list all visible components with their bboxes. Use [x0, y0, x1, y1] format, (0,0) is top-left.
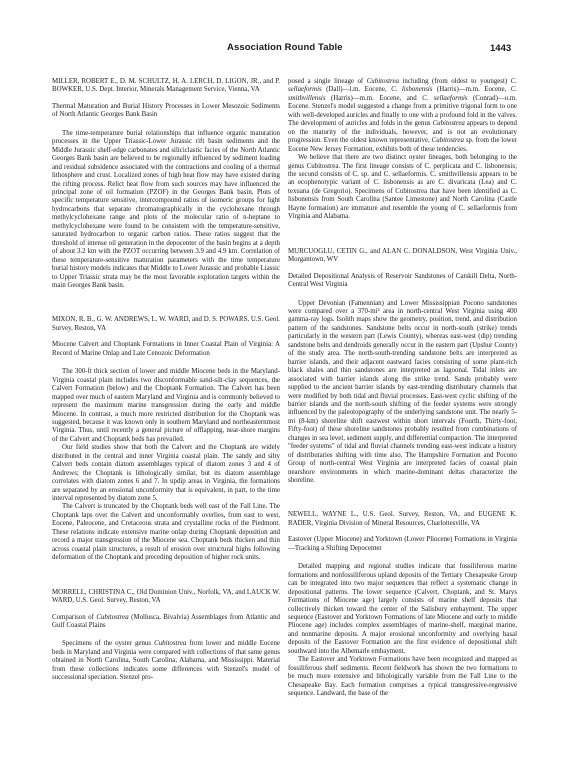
title-text: Comparison of — [52, 614, 96, 621]
abstract-murcuoglu: MURCUOGLU, CETIN G., and ALAN C. DONALDS… — [288, 248, 517, 486]
abstract-title: Eastover (Upper Miocene) and Yorktown (L… — [288, 536, 517, 553]
species-name: C. lisbonensis — [391, 86, 432, 93]
abstract-title: Detailed Depositional Analysis of Reserv… — [288, 273, 517, 290]
paragraph-text: (Dall)—l.m. Eocene, — [322, 86, 391, 93]
genus-name: Cubitostrea — [367, 78, 399, 85]
abstract-paragraph: Specimens of the oyster genus Cubitostre… — [52, 640, 280, 682]
abstract-authors: NEWELL, WAYNE L., U.S. Geol. Survey, Res… — [288, 511, 517, 528]
abstract-title: Thermal Maturation and Burial History Pr… — [52, 103, 280, 120]
abstract-authors: MORRELL, CHRISTINA C., Old Dominion Univ… — [52, 589, 280, 606]
running-title: Association Round Table — [227, 42, 343, 53]
abstract-paragraph: The 300-ft thick section of lower and mi… — [52, 368, 280, 444]
left-column: MILLER, ROBERT E., D. M. SCHULTZ, H. A. … — [52, 78, 280, 683]
abstract-miller: MILLER, ROBERT E., D. M. SCHULTZ, H. A. … — [52, 78, 280, 290]
abstract-authors: MIXON, R. B., G. W. ANDREWS, L. W. WARD,… — [52, 316, 280, 333]
page-header: Association Round Table 1443 — [0, 42, 576, 56]
abstract-paragraph-continued: posed a single lineage of Cubitostrea in… — [288, 78, 517, 154]
abstract-morrell: MORRELL, CHRISTINA C., Old Dominion Univ… — [52, 589, 280, 683]
abstract-authors: MILLER, ROBERT E., D. M. SCHULTZ, H. A. … — [52, 78, 280, 95]
abstract-paragraph: The Eastover and Yorktown Formations hav… — [288, 656, 517, 698]
abstract-paragraph: We believe that there are two distinct o… — [288, 154, 517, 222]
page-number: 1443 — [490, 43, 511, 54]
abstract-morrell-continued: posed a single lineage of Cubitostrea in… — [288, 78, 517, 222]
abstract-newell: NEWELL, WAYNE L., U.S. Geol. Survey, Res… — [288, 511, 517, 698]
abstract-title: Miocene Calvert and Choptank Formations … — [52, 341, 280, 358]
abstract-paragraph: The time-temperature burial relationship… — [52, 130, 280, 291]
abstract-paragraph: Detailed mapping and regional studies in… — [288, 563, 517, 656]
paragraph-text: (Harris)—m.m. Eocene, — [432, 86, 510, 93]
species-name: C. sellaeformis — [422, 95, 467, 102]
right-column: posed a single lineage of Cubitostrea in… — [288, 78, 517, 699]
genus-name: Cubitostrea — [96, 614, 128, 621]
paragraph-text: Specimens of the oyster genus — [62, 640, 154, 647]
abstract-paragraph: Our field studies show that both the Cal… — [52, 444, 280, 503]
genus-name: Cubitostrea — [154, 640, 186, 647]
abstract-mixon: MIXON, R. B., G. W. ANDREWS, L. W. WARD,… — [52, 316, 280, 562]
paragraph-text: including (from oldest to youngest) — [399, 78, 511, 85]
genus-name: Cubitostrea — [433, 120, 465, 127]
abstract-paragraph: The Calvert is truncated by the Choptank… — [52, 503, 280, 562]
paragraph-text: (Harris)—m.m. Eocene, and — [326, 95, 423, 102]
abstract-authors: MURCUOGLU, CETIN G., and ALAN C. DONALDS… — [288, 248, 517, 265]
paragraph-text: posed a single lineage of — [288, 78, 367, 85]
genus-name: Cubitostrea — [432, 137, 464, 144]
abstract-paragraph: Upper Devonian (Famennian) and Lower Mis… — [288, 300, 517, 486]
abstract-title: Comparison of Cubitostrea (Mollusca, Biv… — [52, 614, 280, 631]
